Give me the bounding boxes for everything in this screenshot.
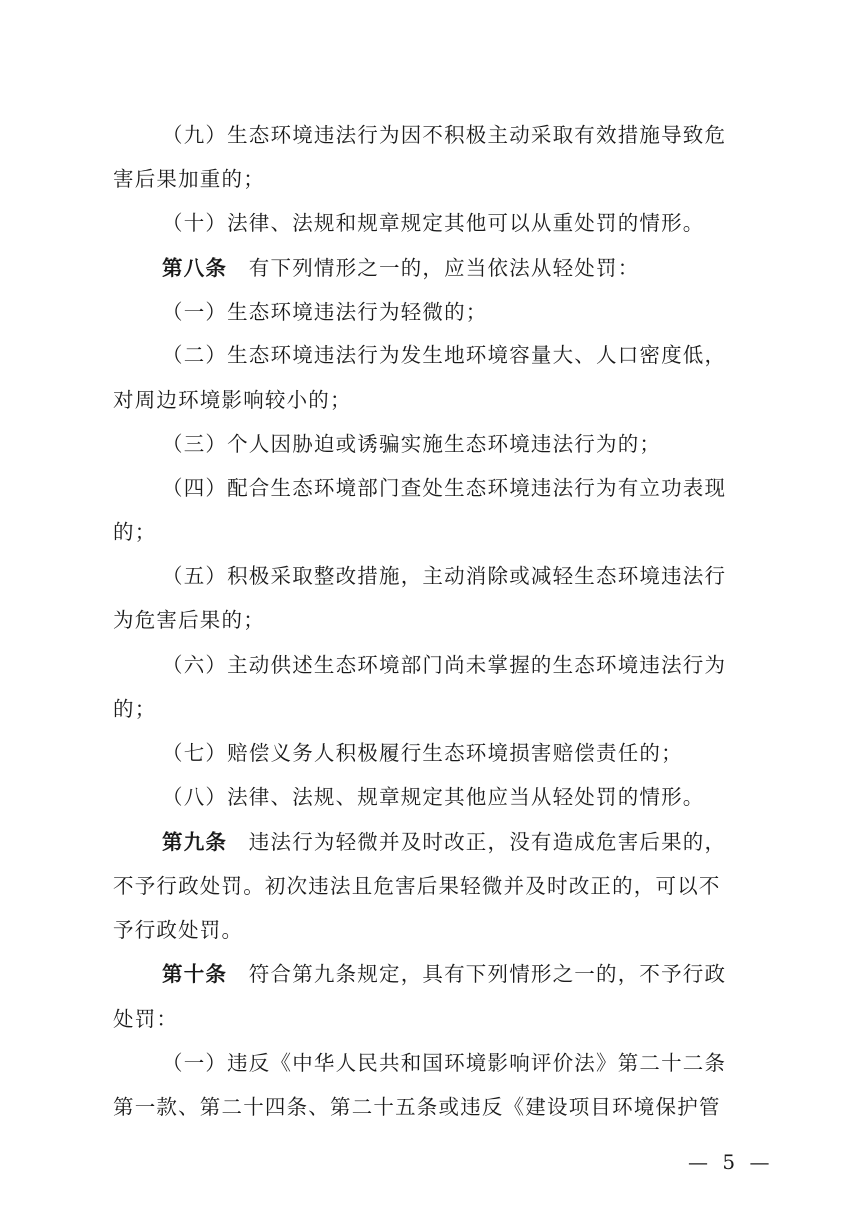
text-line: （四）配合生态环境部门查处生态环境违法行为有立功表现 (162, 466, 726, 510)
line-text: 第一款、第二十四条、第二十五条或违反《建设项目环境保护管 (113, 1095, 721, 1119)
line-text: （十）法律、法规和规章规定其他可以从重处罚的情形。 (162, 211, 705, 235)
line-text: （九）生态环境违法行为因不积极主动采取有效措施导致危 (162, 123, 726, 147)
line-text: 有下列情形之一的，应当依法从轻处罚： (227, 256, 639, 280)
line-text: （一）违反《中华人民共和国环境影响评价法》第二十二条 (162, 1051, 726, 1075)
text-line: （八）法律、法规、规章规定其他应当从轻处罚的情形。 (162, 775, 705, 819)
text-line: 对周边环境影响较小的； (113, 378, 352, 422)
text-line: （九）生态环境违法行为因不积极主动采取有效措施导致危 (162, 113, 726, 157)
line-text: 处罚： (113, 1007, 178, 1031)
line-text: 对周边环境影响较小的； (113, 388, 352, 412)
text-line: 为危害后果的； (113, 598, 265, 642)
line-text: （八）法律、法规、规章规定其他应当从轻处罚的情形。 (162, 785, 705, 809)
text-line: （七）赔偿义务人积极履行生态环境损害赔偿责任的； (162, 731, 683, 775)
line-text: （五）积极采取整改措施，主动消除或减轻生态环境违法行 (162, 564, 726, 588)
line-text: 为危害后果的； (113, 608, 265, 632)
text-line: （一）违反《中华人民共和国环境影响评价法》第二十二条 (162, 1041, 726, 1085)
text-line: （三）个人因胁迫或诱骗实施生态环境违法行为的； (162, 422, 661, 466)
line-text: （四）配合生态环境部门查处生态环境违法行为有立功表现 (162, 476, 726, 500)
article-line: 第十条 符合第九条规定，具有下列情形之一的，不予行政 (162, 952, 726, 996)
page-number: — 5 — (688, 1150, 773, 1174)
article-heading: 第十条 (162, 962, 227, 986)
article-line: 第八条 有下列情形之一的，应当依法从轻处罚： (162, 246, 639, 290)
text-line: 的； (113, 510, 156, 554)
text-line: （一）生态环境违法行为轻微的； (162, 290, 488, 334)
text-line: 害后果加重的； (113, 157, 265, 201)
line-text: （六）主动供述生态环境部门尚未掌握的生态环境违法行为 (162, 653, 726, 677)
line-text: （二）生态环境违法行为发生地环境容量大、人口密度低， (162, 343, 726, 367)
text-line: （二）生态环境违法行为发生地环境容量大、人口密度低， (162, 333, 726, 377)
line-text: 害后果加重的； (113, 167, 265, 191)
line-text: （七）赔偿义务人积极履行生态环境损害赔偿责任的； (162, 741, 683, 765)
line-text: 违法行为轻微并及时改正，没有造成危害后果的， (227, 830, 726, 854)
line-text: 不予行政处罚。初次违法且危害后果轻微并及时改正的，可以不 (113, 874, 721, 898)
text-line: （五）积极采取整改措施，主动消除或减轻生态环境违法行 (162, 554, 726, 598)
line-text: 的； (113, 697, 156, 721)
line-text: 符合第九条规定，具有下列情形之一的，不予行政 (227, 962, 726, 986)
text-line: 处罚： (113, 997, 178, 1041)
line-text: （一）生态环境违法行为轻微的； (162, 300, 488, 324)
article-heading: 第八条 (162, 256, 227, 280)
text-line: 不予行政处罚。初次违法且危害后果轻微并及时改正的，可以不 (113, 864, 721, 908)
line-text: 予行政处罚。 (113, 918, 243, 942)
article-line: 第九条 违法行为轻微并及时改正，没有造成危害后果的， (162, 820, 726, 864)
text-line: 第一款、第二十四条、第二十五条或违反《建设项目环境保护管 (113, 1085, 721, 1129)
text-line: 予行政处罚。 (113, 908, 243, 952)
text-line: 的； (113, 687, 156, 731)
line-text: （三）个人因胁迫或诱骗实施生态环境违法行为的； (162, 432, 661, 456)
line-text: 的； (113, 520, 156, 544)
text-line: （六）主动供述生态环境部门尚未掌握的生态环境违法行为 (162, 643, 726, 687)
text-line: （十）法律、法规和规章规定其他可以从重处罚的情形。 (162, 201, 705, 245)
article-heading: 第九条 (162, 830, 227, 854)
